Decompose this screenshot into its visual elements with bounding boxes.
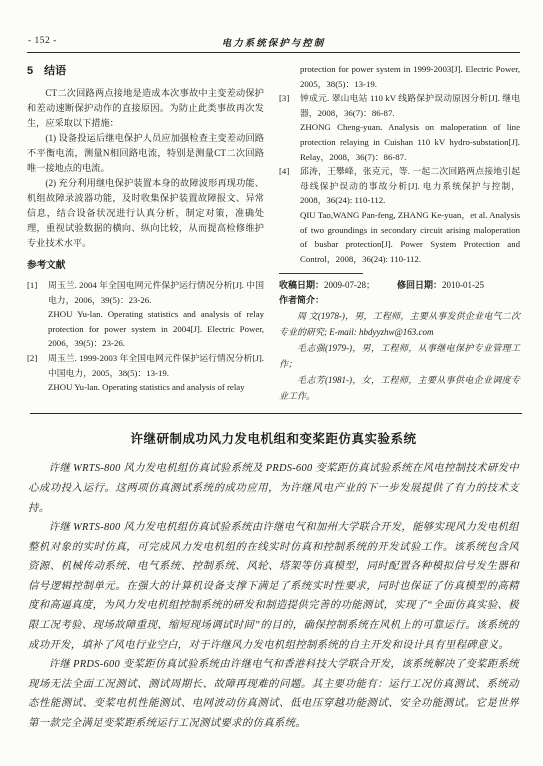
conclusion-paragraph: (2) 充分利用继电保护装置本身的故障波形再现功能、机组故障录波器功能，及时收集… [27, 176, 264, 251]
reference-en: QIU Tao,WANG Pan-feng, ZHANG Ke-yuan，et … [300, 208, 520, 266]
reference-zh: 邱涛，王攀峰，张克元，等. 一起二次回路两点接地引起母线保护误动的事故分析[J]… [300, 164, 520, 208]
reference-number: [4] [279, 164, 300, 266]
announcement-paragraph: 许继 PRDS-600 变桨距仿真试验系统由许继电气和香港科技大学联合开发，该系… [28, 655, 519, 733]
reference-body: 周玉兰. 1999-2003 年全国电网元件保护运行情况分析[J]. 中国电力，… [48, 351, 264, 395]
reference-en: ZHOU Yu-lan. Operating statistics and an… [48, 380, 264, 395]
header-rule [27, 52, 520, 53]
footnote-rule [279, 273, 363, 274]
reference-zh: 周玉兰. 1999-2003 年全国电网元件保护运行情况分析[J]. 中国电力，… [48, 351, 264, 380]
reference-number: [2] [27, 351, 48, 395]
author-bio: 毛志强(1979-)，男，工程师，从事继电保护专业管理工作； [279, 340, 520, 372]
revised-date-label: 修回日期： [397, 280, 442, 290]
conclusion-heading: 5结语 [27, 64, 264, 79]
announcement-title: 许继研制成功风力发电机组和变桨距仿真实验系统 [28, 429, 519, 447]
author-bio: 周 文(1978-)，男，工程师，主要从事发供企业电气二次专业的研究; E-ma… [279, 308, 520, 340]
reference-item: [4] 邱涛，王攀峰，张克元，等. 一起二次回路两点接地引起母线保护误动的事故分… [279, 164, 520, 266]
reference-body: 钟成元. 翠山电站 110 kV 线路保护误动原因分析[J]. 继电器，2008… [300, 91, 520, 164]
reference-body: 邱涛，王攀峰，张克元，等. 一起二次回路两点接地引起母线保护误动的事故分析[J]… [300, 164, 520, 266]
section-title: 结语 [44, 65, 66, 77]
section-divider-rule [30, 413, 522, 414]
announcement-section: 许继研制成功风力发电机组和变桨距仿真实验系统 许继 WRTS-800 风力发电机… [27, 429, 520, 733]
reference-item: [1] 周玉兰. 2004 年全国电网元件保护运行情况分析[J]. 中国电力，2… [27, 278, 264, 351]
manuscript-dates: 收稿日期：2009-07-28；修回日期：2010-01-25 [279, 278, 520, 293]
right-column: protection for power system in 1999-2003… [279, 62, 520, 404]
page-number: - 152 - [28, 36, 57, 46]
reference-item: [3] 钟成元. 翠山电站 110 kV 线路保护误动原因分析[J]. 继电器，… [279, 91, 520, 164]
section-number: 5 [27, 65, 33, 77]
conclusion-paragraph: (1) 设备投运后继电保护人员应加强检查主变差动回路不平衡电流，测量N相回路电流… [27, 131, 264, 176]
references-heading: 参考文献 [27, 258, 264, 273]
announcement-paragraph: 许继 WRTS-800 风力发电机组仿真试验系统及 PRDS-600 变桨距仿真… [28, 459, 519, 518]
reference-number: [1] [27, 278, 48, 351]
reference-number: [3] [279, 91, 300, 164]
author-bio-heading: 作者简介： [279, 293, 520, 308]
running-head: - 152 - 电力系统保护与控制 [27, 34, 520, 50]
reference-en: ZHONG Cheng-yuan. Analysis on maloperati… [300, 120, 520, 164]
journal-title: 电力系统保护与控制 [222, 35, 326, 49]
revised-date-value: 2010-01-25 [442, 280, 484, 290]
left-column: 5结语 CT二次回路两点接地是造成本次事故中主变差动保护和差动速断保护动作的直接… [27, 62, 264, 404]
reference-zh: 周玉兰. 2004 年全国电网元件保护运行情况分析[J]. 中国电力，2006，… [48, 278, 264, 307]
reference-list-left: [1] 周玉兰. 2004 年全国电网元件保护运行情况分析[J]. 中国电力，2… [27, 278, 264, 395]
reference-zh: 钟成元. 翠山电站 110 kV 线路保护误动原因分析[J]. 继电器，2008… [300, 91, 520, 120]
conclusion-paragraph: CT二次回路两点接地是造成本次事故中主变差动保护和差动速断保护动作的直接原因。为… [27, 86, 264, 131]
reference-continuation: protection for power system in 1999-2003… [279, 62, 520, 91]
received-date-value: 2009-07-28； [324, 280, 375, 290]
reference-en: ZHOU Yu-lan. Operating statistics and an… [48, 307, 264, 351]
journal-page: - 152 - 电力系统保护与控制 5结语 CT二次回路两点接地是造成本次事故中… [0, 0, 543, 766]
two-column-body: 5结语 CT二次回路两点接地是造成本次事故中主变差动保护和差动速断保护动作的直接… [27, 62, 520, 404]
reference-list-right: [3] 钟成元. 翠山电站 110 kV 线路保护误动原因分析[J]. 继电器，… [279, 91, 520, 266]
reference-body: 周玉兰. 2004 年全国电网元件保护运行情况分析[J]. 中国电力，2006，… [48, 278, 264, 351]
received-date-label: 收稿日期： [279, 280, 324, 290]
announcement-paragraph: 许继 WRTS-800 风力发电机组仿真试验系统由许继电气和加州大学联合开发，能… [28, 518, 519, 655]
author-bio: 毛志芳(1981-)，女，工程师，主要从事供电企业调度专业工作。 [279, 372, 520, 404]
reference-item: [2] 周玉兰. 1999-2003 年全国电网元件保护运行情况分析[J]. 中… [27, 351, 264, 395]
